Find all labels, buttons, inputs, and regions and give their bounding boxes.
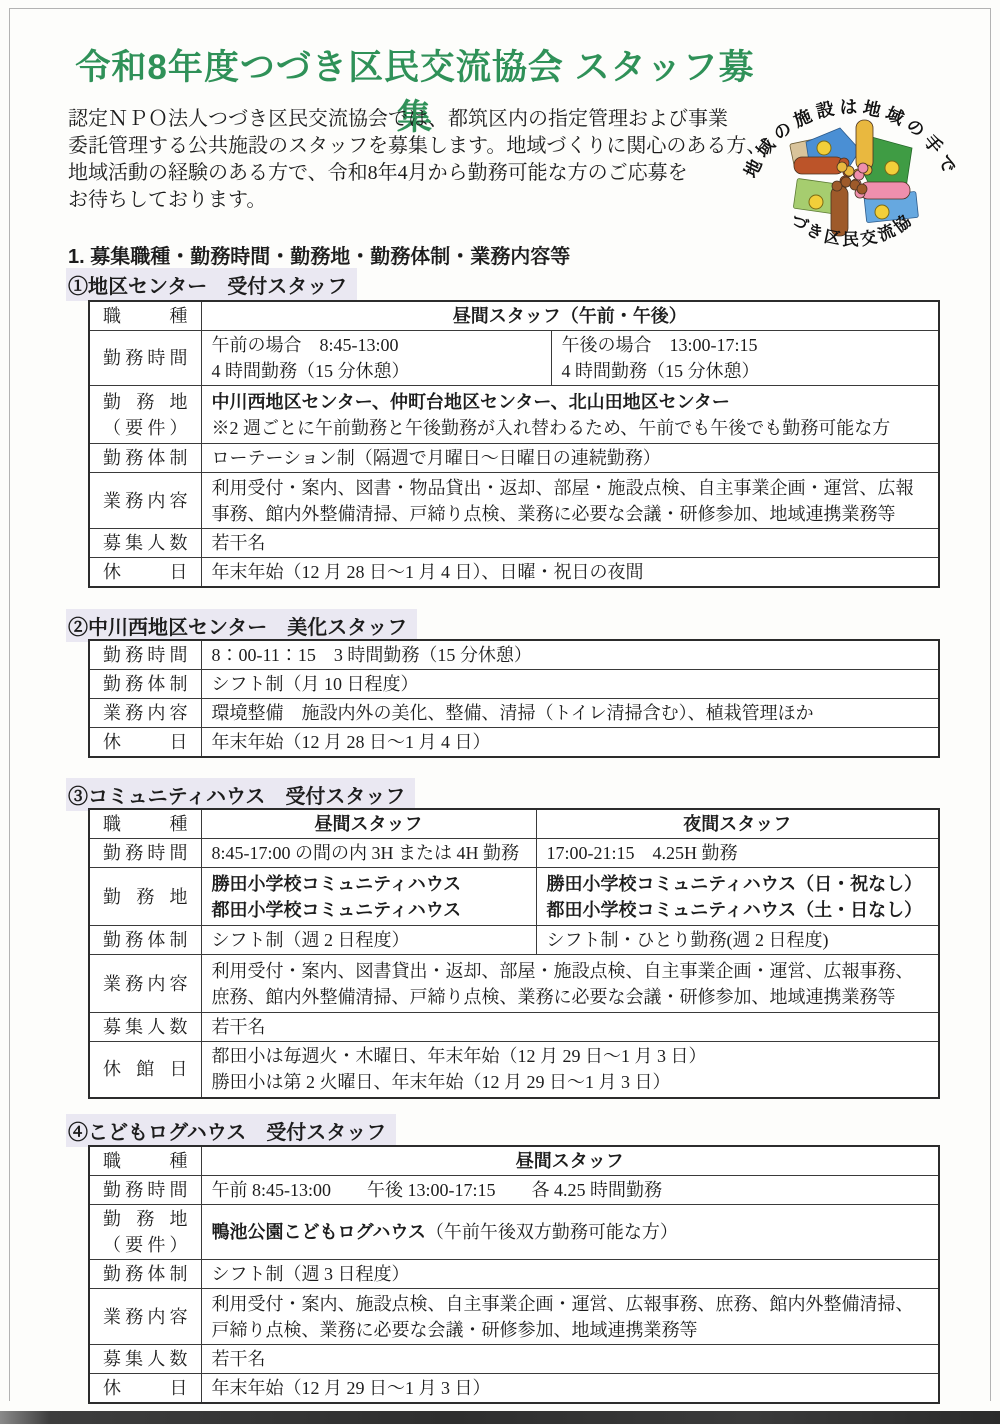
duties-value: 利用受付・案内、図書貸出・返却、部屋・施設点検、自主事業企画・運営、広報事務、庶… bbox=[201, 955, 939, 1013]
duties-value: 環境整備 施設内外の美化、整備、清掃（トイレ清掃含む）、植栽管理ほか bbox=[201, 699, 939, 728]
row-label-openings: 募集人数 bbox=[89, 1345, 201, 1374]
row-label-duties: 業務内容 bbox=[89, 955, 201, 1013]
day-system-value: シフト制（週 2 日程度） bbox=[201, 926, 536, 955]
work-hours-value: 8：00-11：15 3 時間勤務（15 分休憩） bbox=[201, 640, 939, 670]
job-type-value: 昼間スタッフ（午前・午後） bbox=[201, 301, 939, 331]
holidays-value: 年末年始（12 月 28 日～1 月 4 日）、日曜・祝日の夜間 bbox=[201, 558, 939, 588]
table-chiku-center: 職種 昼間スタッフ（午前・午後） 勤務時間 午前の場合 8:45-13:00 4… bbox=[88, 300, 940, 588]
row-label-work-place: 勤務地 bbox=[89, 868, 201, 926]
work-system-value: ローテーション制（隔週で月曜日～日曜日の連続勤務） bbox=[201, 444, 939, 473]
work-place-cell: 鴨池公園こどもログハウス（午前午後双方勤務可能な方） bbox=[201, 1205, 939, 1260]
row-label-holidays: 休日 bbox=[89, 728, 201, 758]
row-label-work-place: 勤務地 （要件） bbox=[89, 1205, 201, 1260]
table-nakagawa-nishi-bika: 勤務時間 8：00-11：15 3 時間勤務（15 分休憩） 勤務体制 シフト制… bbox=[88, 639, 940, 758]
row-label-work-hours: 勤務時間 bbox=[89, 331, 201, 386]
work-hours-value: 午前 8:45-13:00 午後 13:00-17:15 各 4.25 時間勤務 bbox=[201, 1176, 939, 1205]
work-place-requirement: （午前午後双方勤務可能な方） bbox=[426, 1222, 678, 1242]
table-4-heading: ④こどもログハウス 受付スタッフ bbox=[66, 1114, 396, 1147]
night-system-value: シフト制・ひとり勤務(週 2 日程度) bbox=[536, 926, 939, 955]
table-kodomo-loghouse: 職種 昼間スタッフ 勤務時間 午前 8:45-13:00 午後 13:00-17… bbox=[88, 1145, 940, 1404]
work-place-names: 中川西地区センター、仲町台地区センター、北山田地区センター bbox=[212, 389, 929, 415]
row-label-work-system: 勤務体制 bbox=[89, 1260, 201, 1289]
work-place-name: 鴨池公園こどもログハウス bbox=[212, 1222, 426, 1242]
row-label-work-system: 勤務体制 bbox=[89, 926, 201, 955]
am-shift-note: 4 時間勤務（15 分休憩） bbox=[212, 358, 541, 384]
work-place-cell: 中川西地区センター、仲町台地区センター、北山田地区センター ※2 週ごとに午前勤… bbox=[201, 386, 939, 444]
row-label-work-system: 勤務体制 bbox=[89, 670, 201, 699]
row-label-openings: 募集人数 bbox=[89, 1013, 201, 1042]
row-label-duties: 業務内容 bbox=[89, 473, 201, 529]
table-3-heading: ③コミュニティハウス 受付スタッフ bbox=[66, 778, 415, 811]
job-type-value: 昼間スタッフ bbox=[201, 1146, 939, 1176]
openings-value: 若干名 bbox=[201, 1013, 939, 1042]
row-label-holidays: 休日 bbox=[89, 558, 201, 588]
day-hours-value: 8:45-17:00 の間の内 3H または 4H 勤務 bbox=[201, 839, 536, 868]
row-label-holidays: 休日 bbox=[89, 1374, 201, 1404]
row-label-work-system: 勤務体制 bbox=[89, 444, 201, 473]
holidays-value: 年末年始（12 月 29 日～1 月 3 日） bbox=[201, 1374, 939, 1404]
row-label-duties: 業務内容 bbox=[89, 699, 201, 728]
am-shift-cell: 午前の場合 8:45-13:00 4 時間勤務（15 分休憩） bbox=[201, 331, 551, 386]
row-label-work-hours: 勤務時間 bbox=[89, 640, 201, 670]
duties-value: 利用受付・案内、図書・物品貸出・返却、部屋・施設点検、自主事業企画・運営、広報事… bbox=[201, 473, 939, 529]
row-label-duties: 業務内容 bbox=[89, 1289, 201, 1345]
row-label-work-hours: 勤務時間 bbox=[89, 839, 201, 868]
duties-value: 利用受付・案内、施設点検、自主事業企画・運営、広報事務、庶務、館内外整備清掃、戸… bbox=[201, 1289, 939, 1345]
openings-value: 若干名 bbox=[201, 529, 939, 558]
association-logo: 地域の施設は地域の手で つづき区民交流協会 bbox=[736, 88, 968, 262]
intro-line-4: お待ちしております。 bbox=[68, 187, 766, 214]
scan-shadow bbox=[0, 1411, 1000, 1424]
closed-days-cell: 都田小は毎週火・木曜日、年末年始（12 月 29 日～1 月 3 日） 勝田小は… bbox=[201, 1042, 939, 1098]
day-place-cell: 勝田小学校コミュニティハウス 都田小学校コミュニティハウス bbox=[201, 868, 536, 926]
table-2-heading: ②中川西地区センター 美化スタッフ bbox=[66, 609, 417, 642]
row-label-work-hours: 勤務時間 bbox=[89, 1176, 201, 1205]
row-label-job-type: 職種 bbox=[89, 1146, 201, 1176]
row-label-closed-days: 休館日 bbox=[89, 1042, 201, 1098]
section-1-heading: 1. 募集職種・勤務時間・勤務地・勤務体制・業務内容等 bbox=[68, 240, 570, 269]
pm-shift-note: 4 時間勤務（15 分休憩） bbox=[562, 358, 929, 384]
table-community-house: 職種 昼間スタッフ 夜間スタッフ 勤務時間 8:45-17:00 の間の内 3H… bbox=[88, 808, 940, 1099]
night-place-cell: 勝田小学校コミュニティハウス（日・祝なし） 都田小学校コミュニティハウス（土・日… bbox=[536, 868, 939, 926]
pm-shift-time: 午後の場合 13:00-17:15 bbox=[562, 332, 929, 358]
scanned-document-page: 令和8年度つづき区民交流協会 スタッフ募集 認定ＮＰＯ法人つづき区民交流協会では… bbox=[0, 0, 1000, 1425]
row-label-openings: 募集人数 bbox=[89, 529, 201, 558]
row-label-job-type: 職種 bbox=[89, 301, 201, 331]
row-label-work-place: 勤務地 （要件） bbox=[89, 386, 201, 444]
work-place-requirement: ※2 週ごとに午前勤務と午後勤務が入れ替わるため、午前でも午後でも勤務可能な方 bbox=[212, 415, 929, 441]
day-staff-header: 昼間スタッフ bbox=[201, 809, 536, 839]
work-system-value: シフト制（月 10 日程度） bbox=[201, 670, 939, 699]
table-1-heading: ①地区センター 受付スタッフ bbox=[66, 268, 357, 301]
night-hours-value: 17:00-21:15 4.25H 勤務 bbox=[536, 839, 939, 868]
intro-line-3: 地域活動の経験のある方で、令和8年4月から勤務可能な方のご応募を bbox=[68, 160, 766, 187]
intro-line-1: 認定ＮＰＯ法人つづき区民交流協会では、都筑区内の指定管理および事業 bbox=[68, 106, 766, 133]
pm-shift-cell: 午後の場合 13:00-17:15 4 時間勤務（15 分休憩） bbox=[551, 331, 939, 386]
openings-value: 若干名 bbox=[201, 1345, 939, 1374]
work-system-value: シフト制（週 3 日程度） bbox=[201, 1260, 939, 1289]
holidays-value: 年末年始（12 月 28 日～1 月 4 日） bbox=[201, 728, 939, 758]
intro-paragraph: 認定ＮＰＯ法人つづき区民交流協会では、都筑区内の指定管理および事業 委託管理する… bbox=[68, 106, 766, 214]
row-label-job-type: 職種 bbox=[89, 809, 201, 839]
am-shift-time: 午前の場合 8:45-13:00 bbox=[212, 332, 541, 358]
intro-line-2: 委託管理する公共施設のスタッフを募集します。地域づくりに関心のある方、 bbox=[68, 133, 766, 160]
night-staff-header: 夜間スタッフ bbox=[536, 809, 939, 839]
